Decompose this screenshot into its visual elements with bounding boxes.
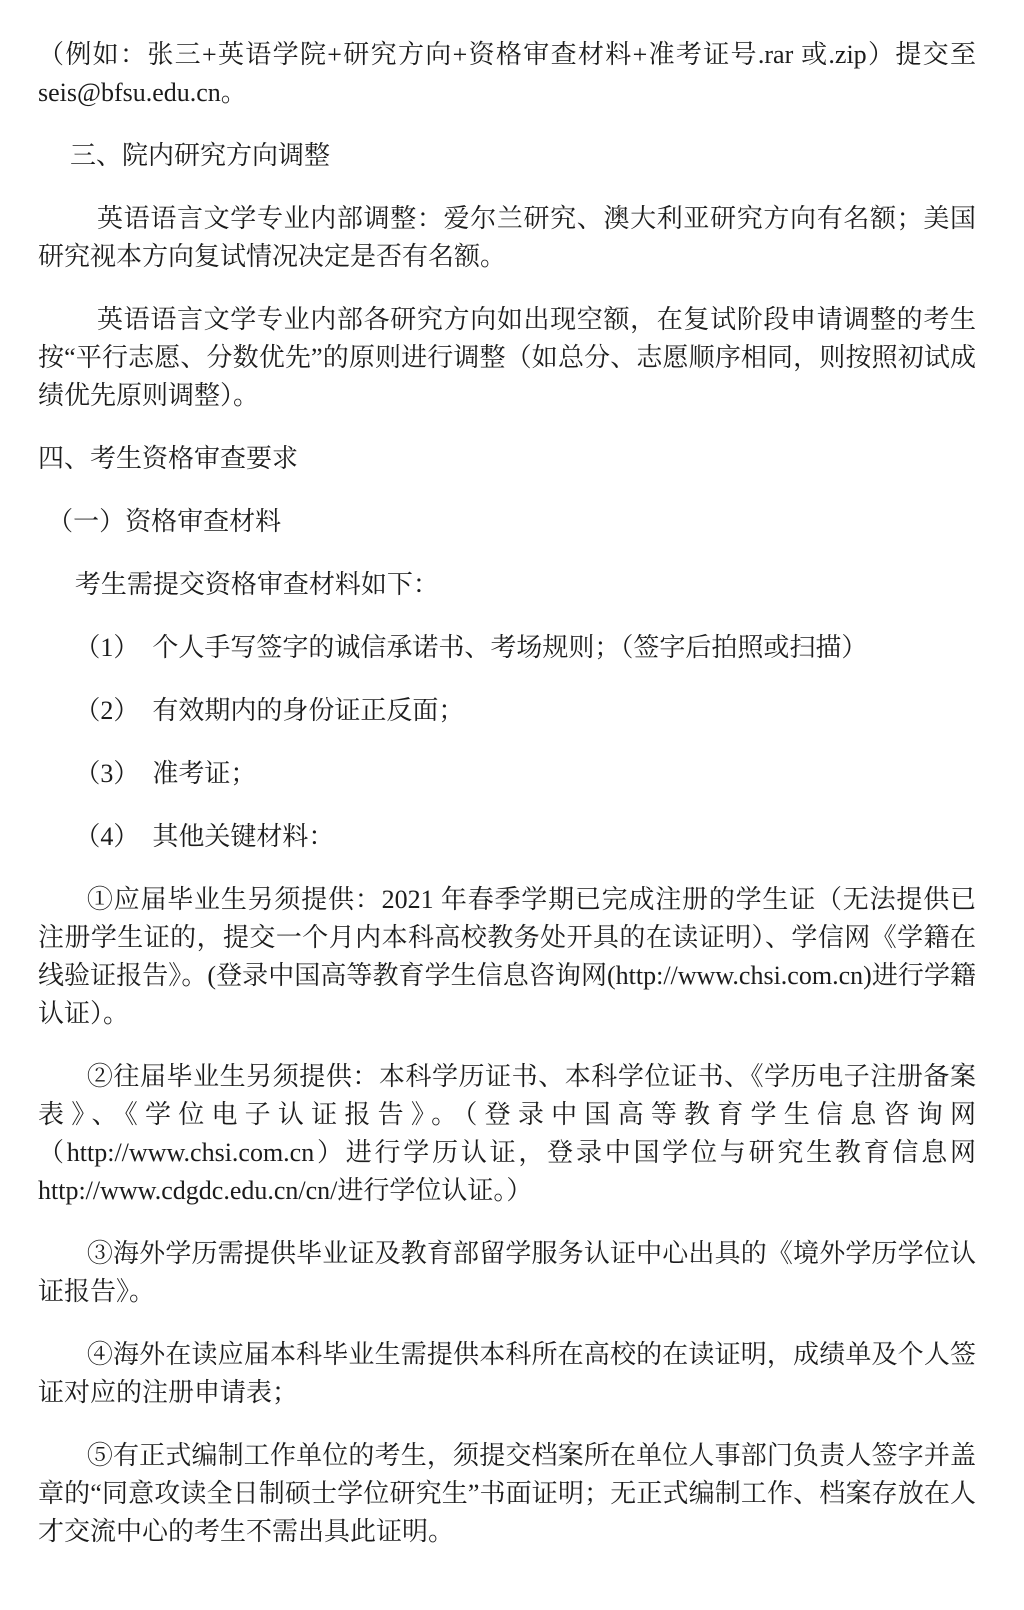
paragraph-example-continuation: （例如：张三+英语学院+研究方向+资格审查材料+准考证号.rar 或.zip）提… — [38, 36, 976, 112]
document-page: （例如：张三+英语学院+研究方向+资格审查材料+准考证号.rar 或.zip）提… — [0, 0, 1024, 1610]
paragraph-circled-2-previous-graduates: ②往届毕业生另须提供：本科学历证书、本科学位证书、《学历电子注册备案表》、《学位… — [38, 1058, 976, 1210]
list-item-4-other-key-materials: （4） 其他关键材料： — [38, 818, 976, 856]
paragraph-circled-5-employed-candidates: ⑤有正式编制工作单位的考生，须提交档案所在单位人事部门负责人签字并盖章的“同意攻… — [38, 1437, 976, 1551]
heading-section-three-direction-adjustment: 三、院内研究方向调整 — [38, 137, 976, 175]
list-item-3-admission-ticket: （3） 准考证； — [38, 755, 976, 793]
list-item-2-id-card: （2） 有效期内的身份证正反面； — [38, 692, 976, 730]
paragraph-internal-adjustment-quota: 英语语言文学专业内部调整：爱尔兰研究、澳大利亚研究方向有名额；美国研究视本方向复… — [38, 200, 976, 276]
paragraph-circled-3-overseas-degree: ③海外学历需提供毕业证及教育部留学服务认证中心出具的《境外学历学位认证报告》。 — [38, 1235, 976, 1311]
paragraph-circled-4-overseas-current-students: ④海外在读应届本科毕业生需提供本科所在高校的在读证明，成绩单及个人签证对应的注册… — [38, 1336, 976, 1412]
subheading-qualification-materials: （一）资格审查材料 — [38, 503, 976, 541]
paragraph-circled-1-current-graduates: ①应届毕业生另须提供：2021 年春季学期已完成注册的学生证（无法提供已注册学生… — [38, 881, 976, 1033]
paragraph-vacancy-adjustment-rule: 英语语言文学专业内部各研究方向如出现空额，在复试阶段申请调整的考生按“平行志愿、… — [38, 301, 976, 415]
heading-section-four-qualification-review: 四、考生资格审查要求 — [38, 440, 976, 478]
list-item-1-integrity-letter: （1） 个人手写签字的诚信承诺书、考场规则；（签字后拍照或扫描） — [38, 629, 976, 667]
paragraph-materials-intro: 考生需提交资格审查材料如下： — [38, 566, 976, 604]
